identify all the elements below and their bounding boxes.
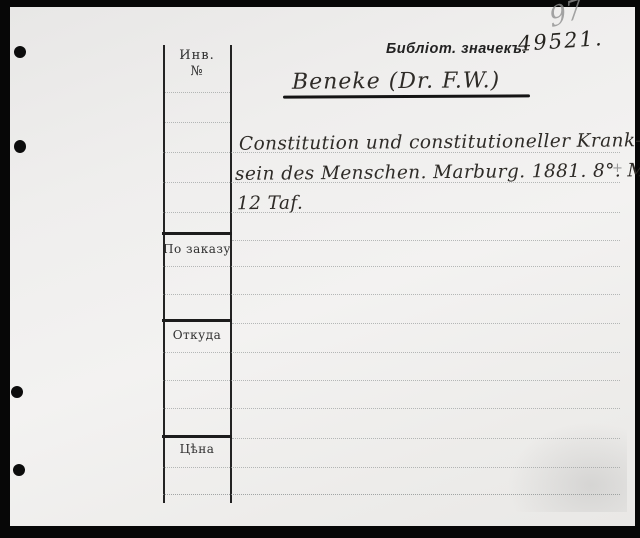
ruled-line bbox=[165, 92, 230, 93]
ruled-line bbox=[163, 266, 620, 267]
ruled-line bbox=[163, 494, 620, 495]
column-label-by-order: По заказу bbox=[163, 242, 231, 256]
section-divider bbox=[162, 232, 232, 235]
author-title: Beneke (Dr. F.W.) bbox=[292, 68, 500, 94]
library-stamp-label: Библіот. значекъ: bbox=[386, 41, 528, 57]
punch-hole bbox=[14, 140, 26, 153]
ruled-line bbox=[163, 408, 620, 409]
ruled-line bbox=[163, 182, 620, 183]
ruled-line bbox=[163, 152, 620, 153]
ruled-line bbox=[163, 212, 620, 213]
ruled-line bbox=[163, 294, 620, 295]
ruled-line bbox=[163, 352, 620, 353]
column-label-inventory: Инв. bbox=[163, 48, 231, 63]
column-label-inventory-no: № bbox=[163, 64, 231, 79]
column-label-from-where: Откуда bbox=[163, 328, 231, 342]
punch-hole bbox=[14, 46, 26, 58]
scan-background: 97 Библіот. значекъ: 49521. Beneke (Dr. … bbox=[0, 0, 640, 538]
ruled-line bbox=[232, 240, 620, 241]
ruled-line bbox=[163, 380, 620, 381]
section-divider bbox=[162, 435, 232, 438]
punch-hole bbox=[13, 464, 25, 476]
column-label-price: Цѣна bbox=[163, 442, 231, 456]
ruled-line bbox=[232, 438, 620, 439]
ruled-line bbox=[232, 323, 620, 324]
section-divider bbox=[162, 319, 232, 322]
ruled-line bbox=[165, 122, 230, 123]
ruled-line bbox=[163, 467, 620, 468]
margin-mark: + bbox=[612, 161, 623, 176]
punch-hole bbox=[11, 386, 23, 398]
